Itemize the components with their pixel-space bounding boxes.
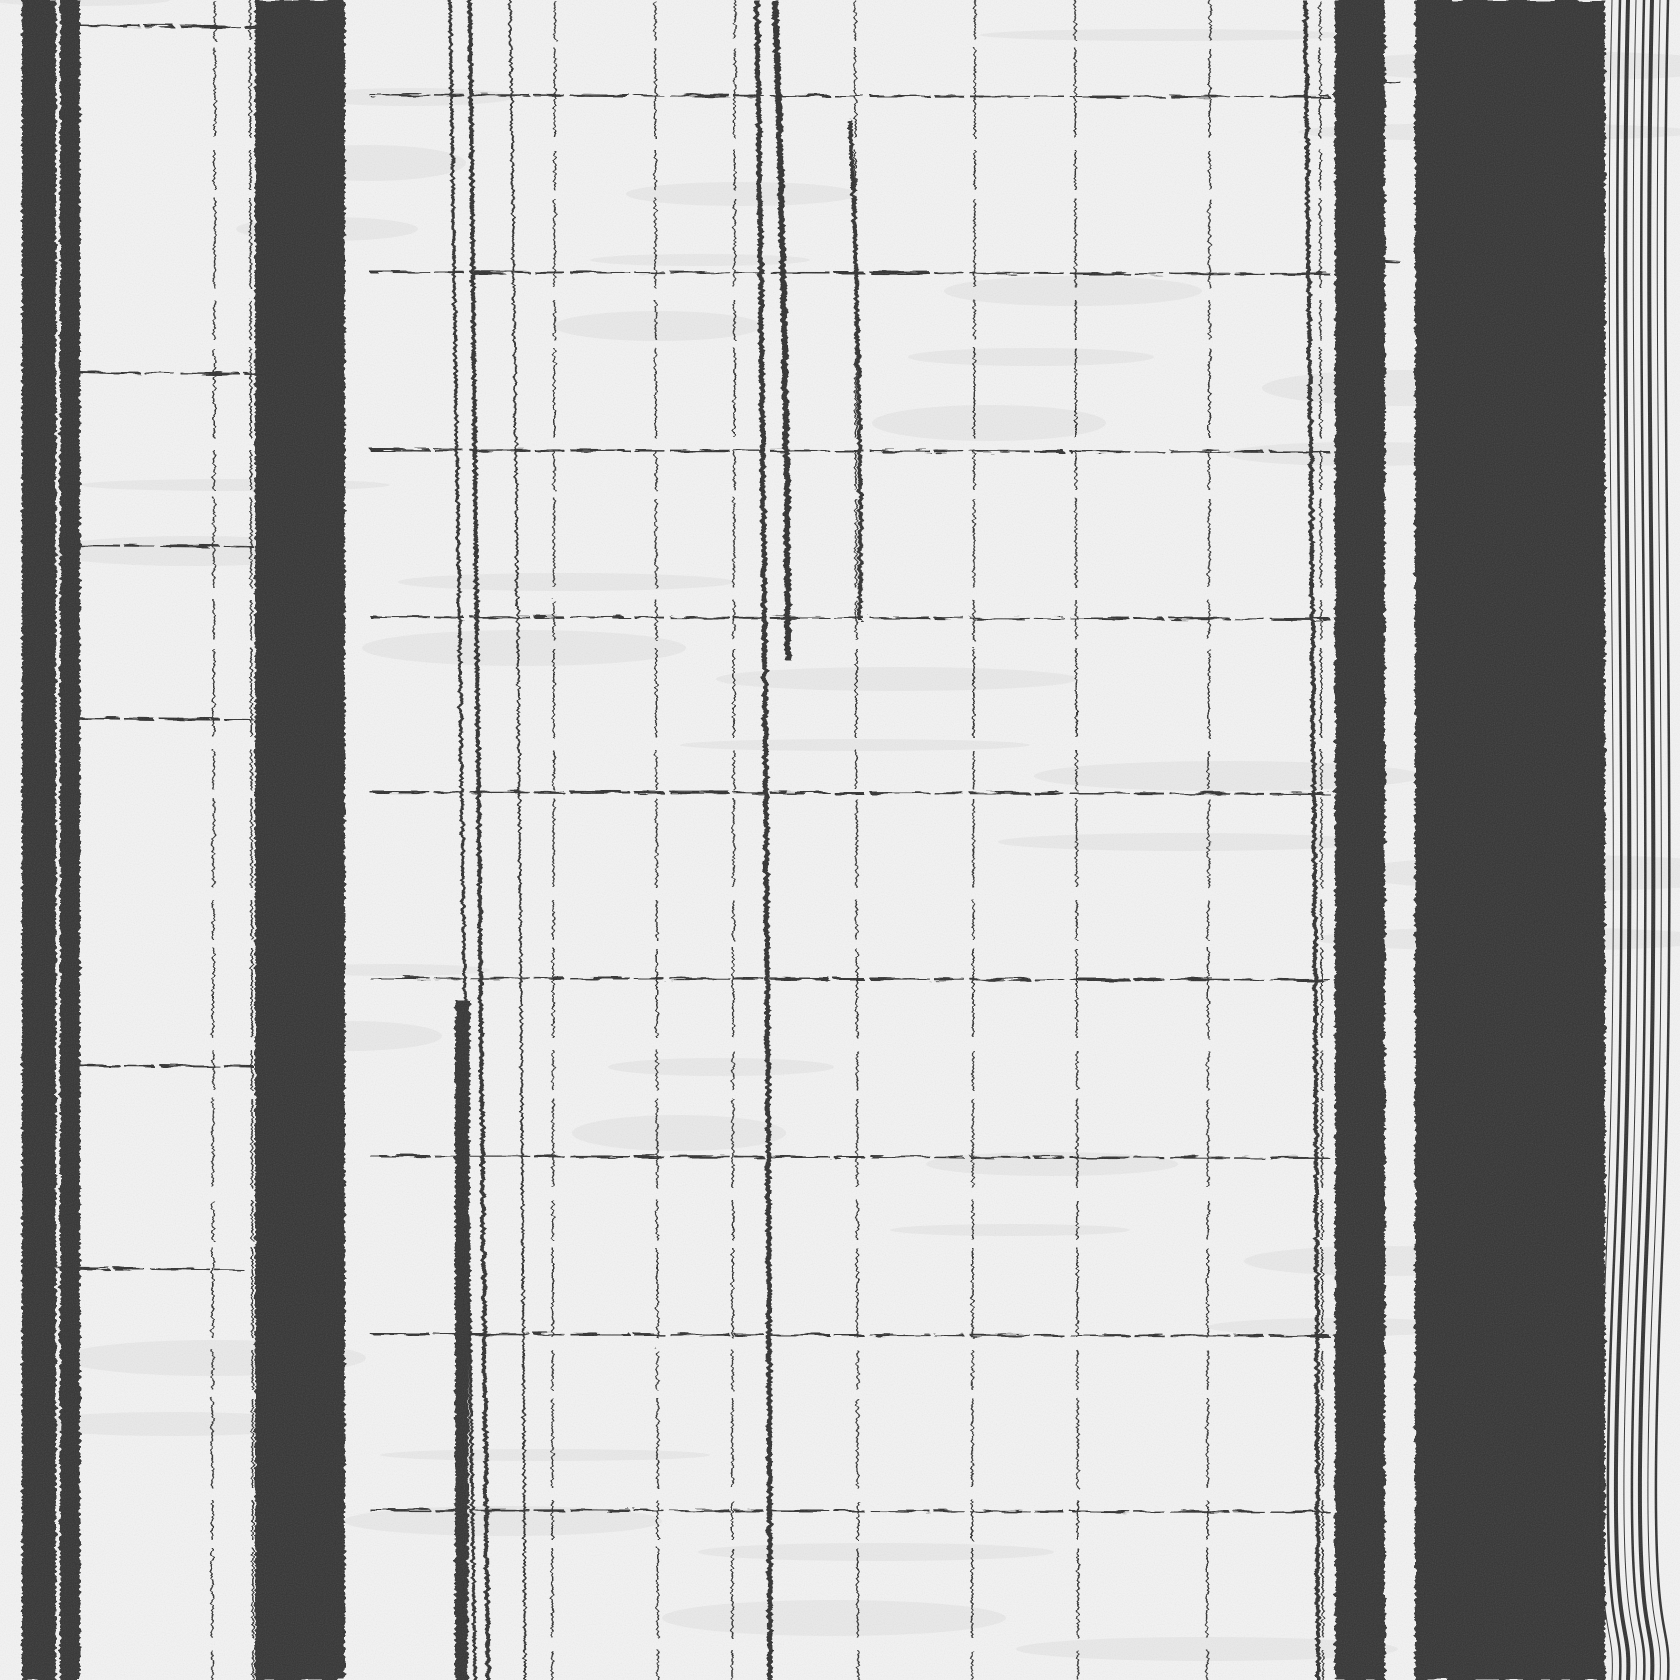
abstract-artwork	[0, 0, 1680, 1680]
artwork-drawing	[0, 0, 1680, 1680]
paper-grain-overlay	[0, 0, 1680, 1680]
